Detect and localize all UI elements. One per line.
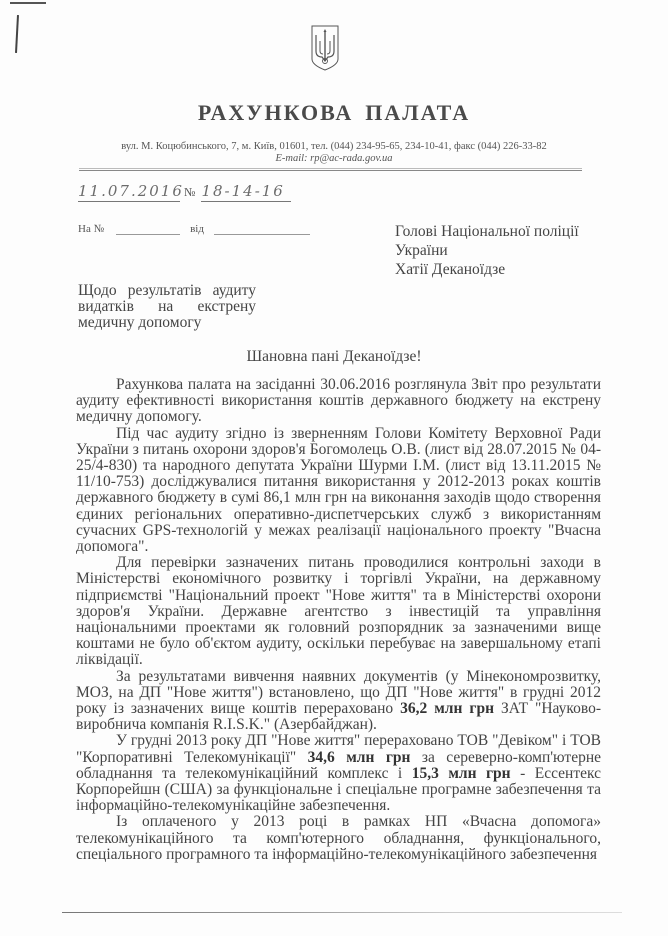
amount-highlight: 15,3 млн грн — [412, 765, 511, 782]
incoming-from-label: від — [190, 223, 204, 235]
subject-line: Щодо результатів аудиту — [78, 283, 256, 299]
body-paragraph: Для перевірки зазначених питань проводил… — [76, 555, 601, 668]
number-sign: № — [184, 185, 195, 199]
letterhead-divider — [79, 168, 582, 171]
subject-line: медичну допомогу — [78, 315, 256, 331]
body-paragraph: Рахункова палата на засіданні 30.06.2016… — [76, 377, 601, 426]
organization-name: РАХУНКОВАПАЛАТА — [0, 100, 668, 126]
organization-address: вул. М. Коцюбинського, 7, м. Київ, 01601… — [0, 141, 668, 152]
body-paragraph: Із оплаченого у 2013 році в рамках НП «В… — [76, 814, 601, 863]
addressee-line: України — [395, 241, 579, 260]
ukraine-coat-of-arms-icon — [311, 25, 339, 71]
org-name-part: ПАЛАТА — [365, 100, 470, 125]
body-paragraph: За результатами вивчення наявних докумен… — [76, 669, 601, 734]
addressee-block: Голові Національної поліції України Хаті… — [395, 222, 579, 279]
incoming-number-blank — [116, 224, 180, 235]
salutation: Шановна пані Деканоїдзе! — [0, 348, 668, 366]
subject-line: видатків на екстрену — [78, 299, 256, 315]
organization-email: E-mail: rp@ac-rada.gov.ua — [0, 153, 668, 164]
addressee-line: Хатії Деканоїдзе — [395, 260, 579, 279]
letter-body: Рахункова палата на засіданні 30.06.2016… — [76, 377, 601, 863]
addressee-line: Голові Національної поліції — [395, 222, 579, 241]
registration-number: 18-14-16 — [201, 182, 291, 202]
scan-artifact-line — [62, 912, 622, 913]
scan-artifact-mark — [15, 15, 19, 53]
letter-page: РАХУНКОВАПАЛАТА вул. М. Коцюбинського, 7… — [0, 0, 668, 936]
incoming-date-blank — [214, 224, 310, 235]
amount-highlight: 36,2 млн грн — [400, 700, 494, 717]
incoming-reference: На №від — [78, 223, 310, 235]
body-paragraph: У грудні 2013 року ДП "Нове життя" перер… — [76, 733, 601, 814]
scan-artifact-line — [10, 2, 46, 4]
body-paragraph: Під час аудиту згідно із зверненням Голо… — [76, 426, 601, 556]
letter-subject: Щодо результатів аудиту видатків на екст… — [78, 283, 256, 331]
amount-highlight: 34,6 млн грн — [308, 749, 411, 766]
registration-date: 11.07.2016 — [78, 182, 180, 202]
incoming-number-label: На № — [78, 223, 104, 235]
outgoing-registration: 11.07.2016№18-14-16 — [78, 182, 291, 202]
org-name-part: РАХУНКОВА — [198, 100, 353, 125]
